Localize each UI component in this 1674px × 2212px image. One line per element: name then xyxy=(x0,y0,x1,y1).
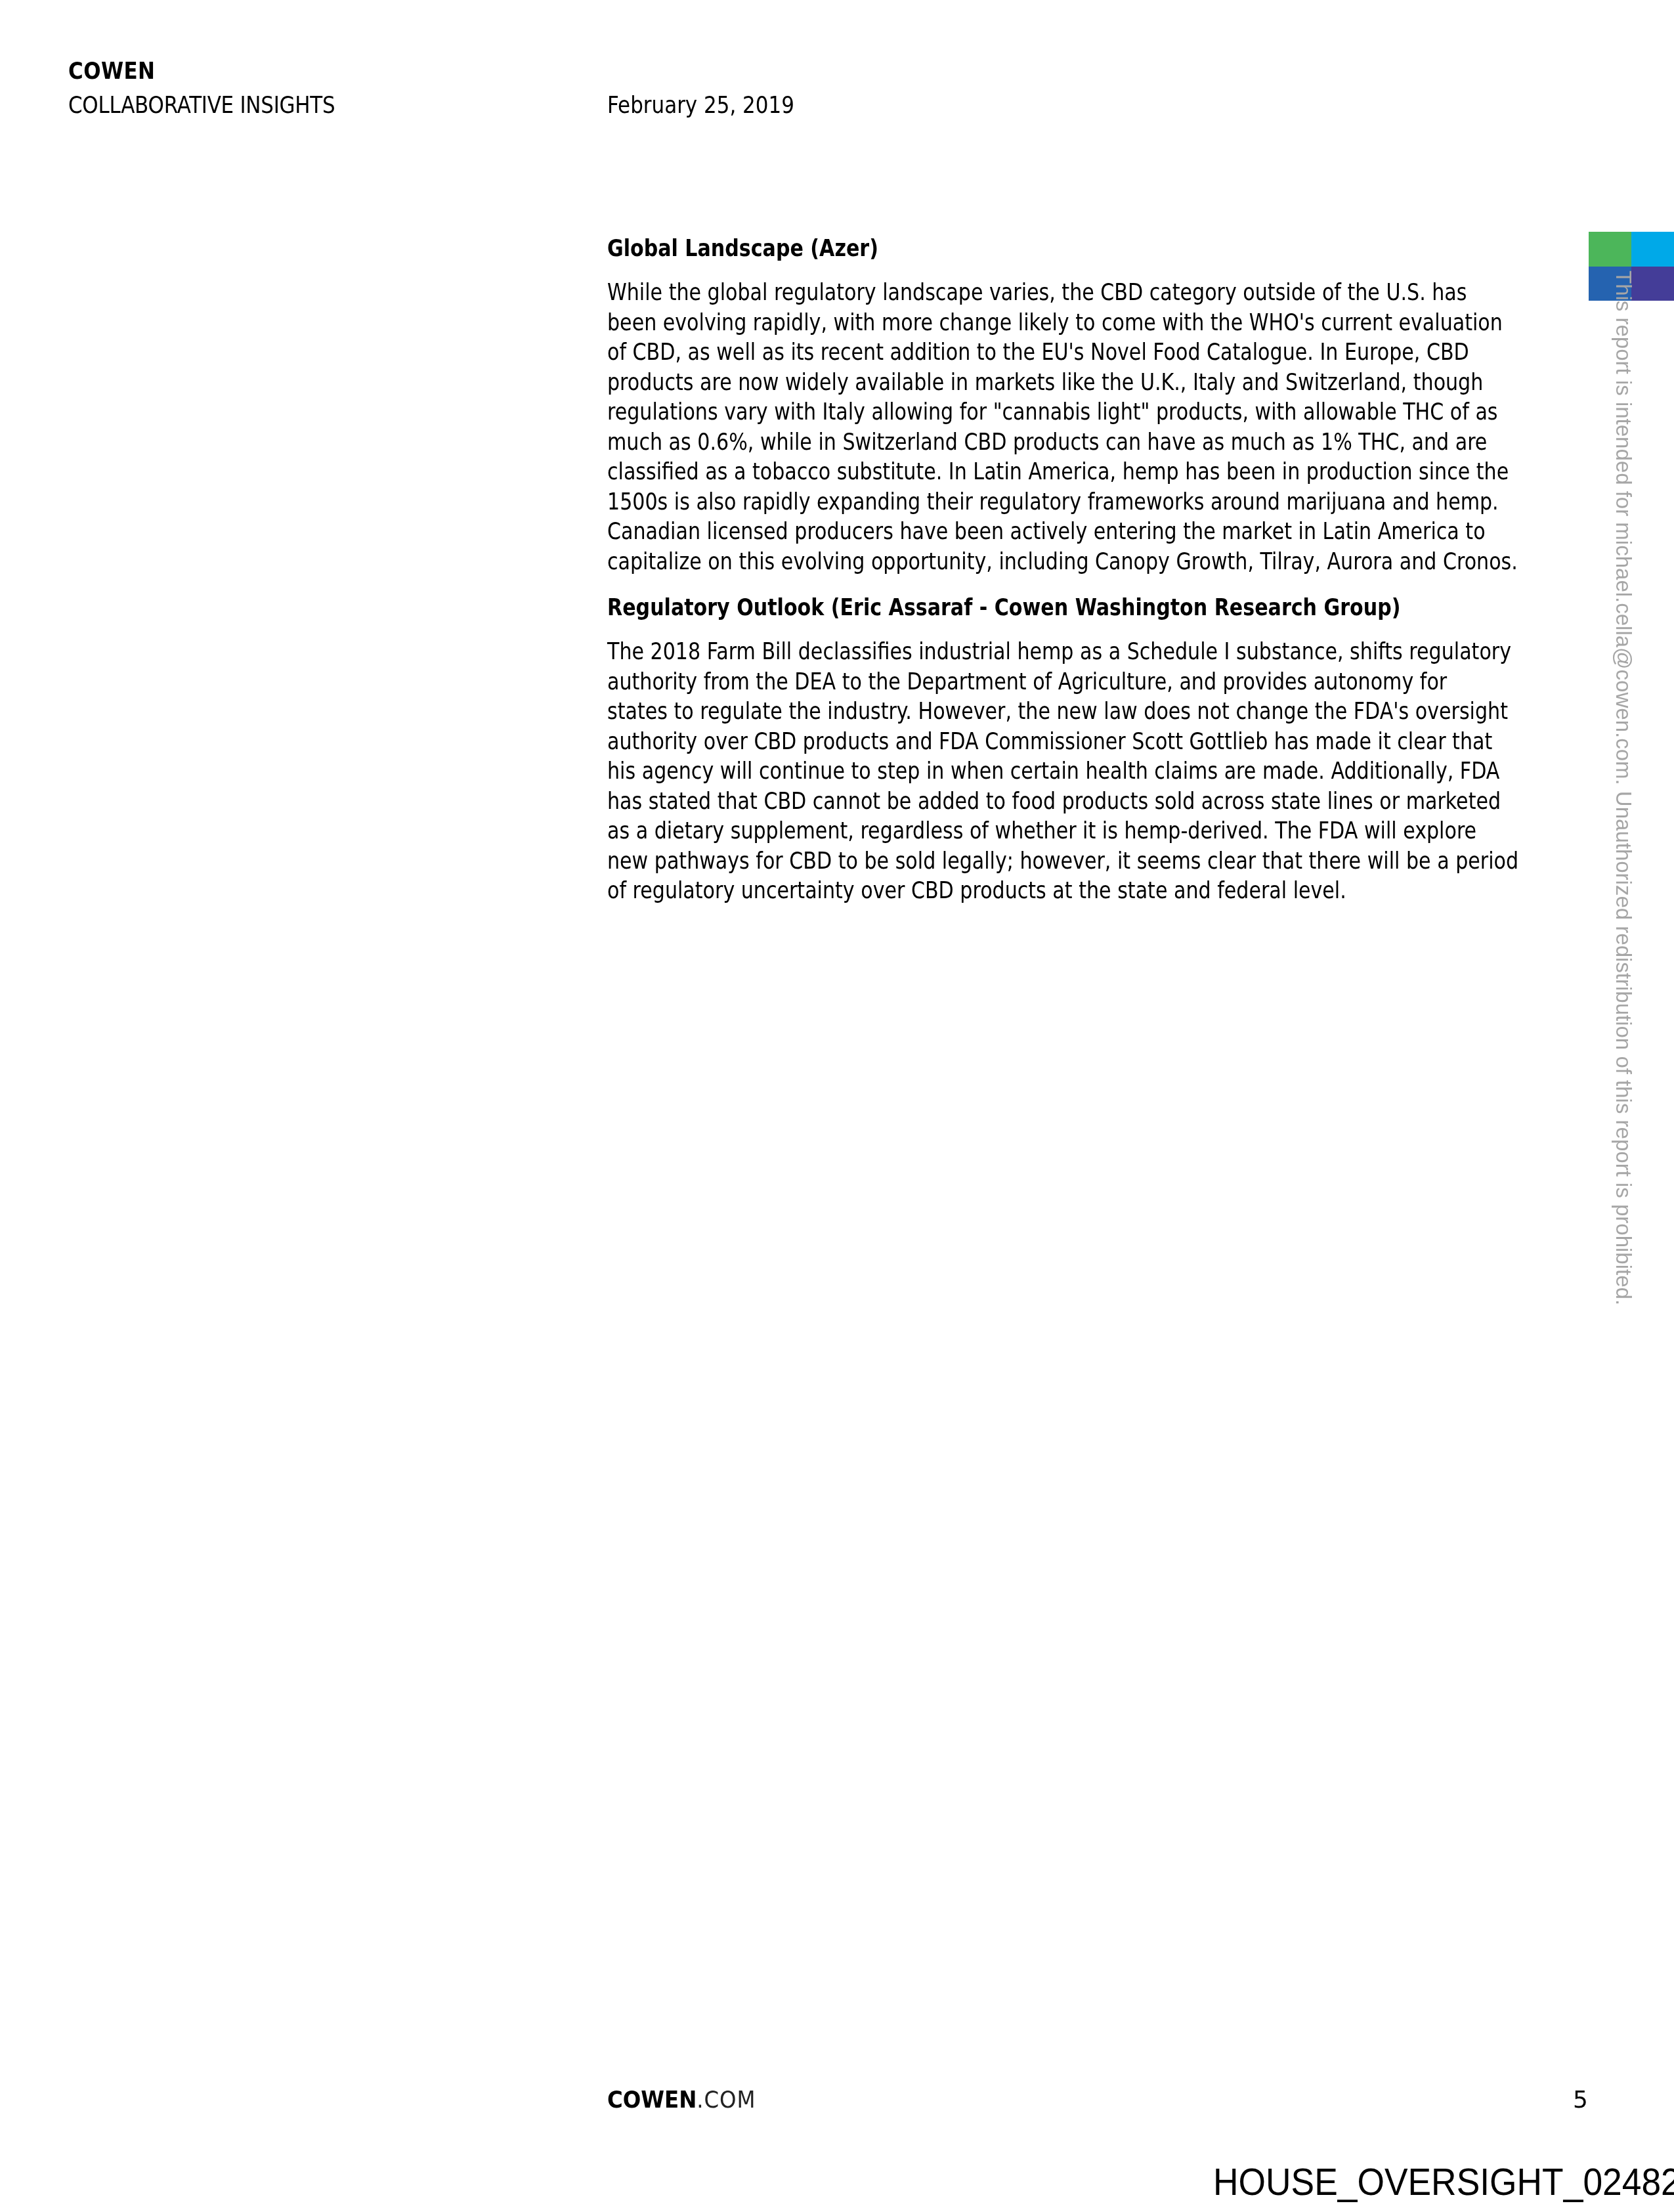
footer-brand-domain: .COM xyxy=(697,2087,756,2114)
section-paragraph: The 2018 Farm Bill declassifies industri… xyxy=(607,638,1578,907)
section-regulatory-outlook: Regulatory Outlook (Eric Assaraf - Cowen… xyxy=(607,593,1578,907)
section-heading: Regulatory Outlook (Eric Assaraf - Cowen… xyxy=(607,593,1578,623)
logo-square-purple xyxy=(1631,267,1674,301)
section-global-landscape: Global Landscape (Azer) While the global… xyxy=(607,234,1578,577)
report-body: Global Landscape (Azer) While the global… xyxy=(607,234,1579,922)
report-date: February 25, 2019 xyxy=(607,92,794,119)
distribution-watermark: This report is intended for michael.cell… xyxy=(1611,271,1636,1305)
section-paragraph: While the global regulatory landscape va… xyxy=(607,278,1578,577)
page-number: 5 xyxy=(1573,2087,1588,2114)
section-heading: Global Landscape (Azer) xyxy=(607,234,1578,264)
header-brand: COWEN xyxy=(68,58,155,85)
footer-brand-bold: COWEN xyxy=(607,2087,697,2114)
logo-square-green xyxy=(1589,232,1631,267)
logo-square-cyan xyxy=(1631,232,1674,267)
bates-stamp: HOUSE_OVERSIGHT_024821 xyxy=(1213,2160,1674,2204)
header-subtitle: COLLABORATIVE INSIGHTS xyxy=(68,92,335,119)
footer-website-link[interactable]: COWEN.COM xyxy=(607,2087,756,2114)
